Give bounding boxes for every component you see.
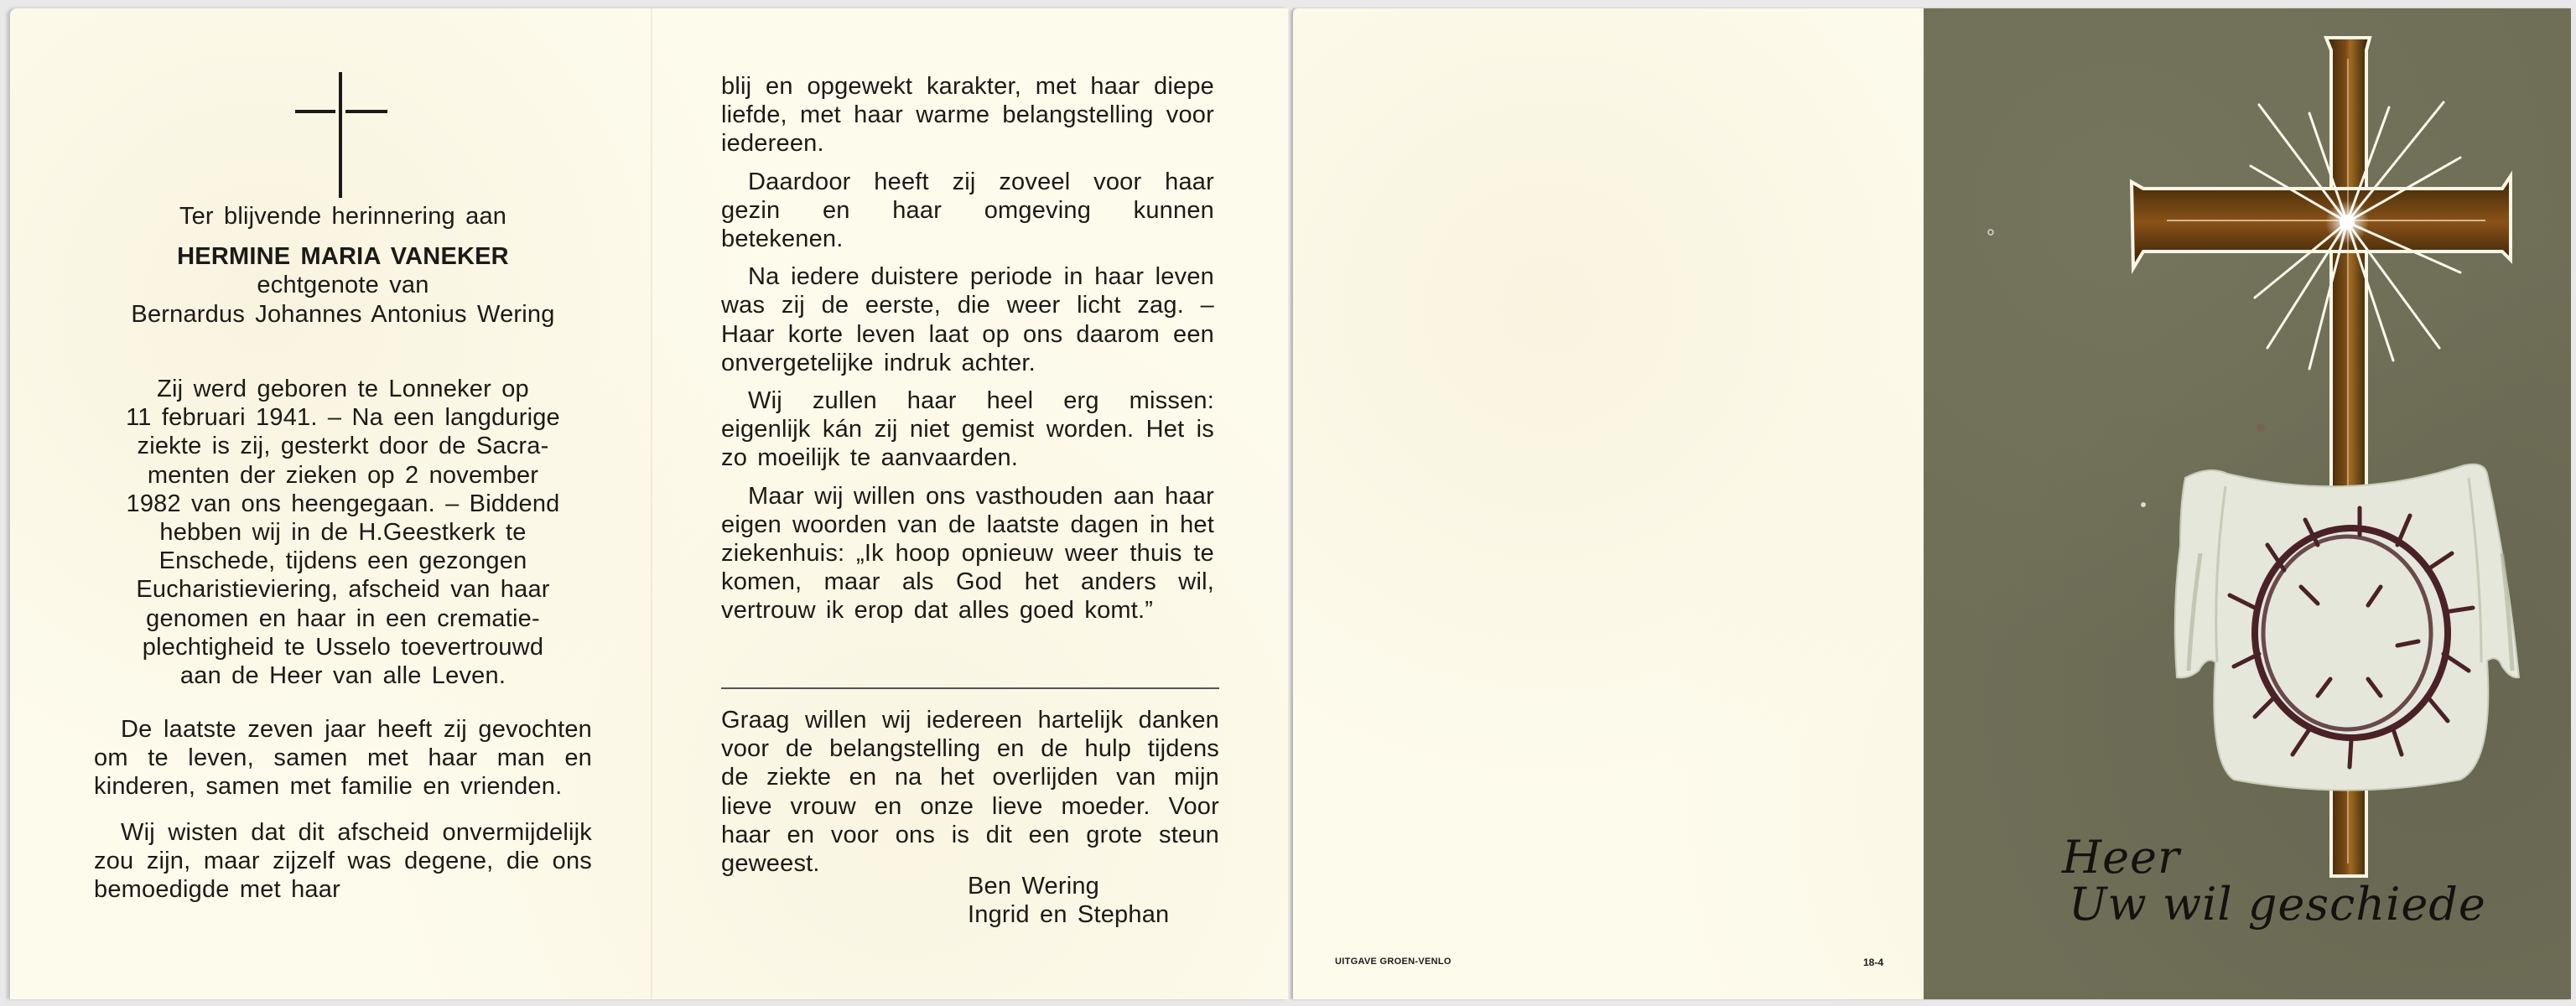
remembrance-paragraph-4: Wij zullen haar heel erg missen: eigenli…: [721, 386, 1214, 473]
signature-1: Ben Wering: [968, 872, 1169, 900]
obituary-line: 11 februari 1941. – Na een langdurige: [94, 403, 592, 432]
reference-number: 18-4: [1863, 957, 1883, 968]
obituary-line: Eucharistieviering, afscheid van haar: [94, 575, 592, 604]
relation-text: echtgenote van: [94, 271, 592, 299]
remembrance-paragraph-1: blij en opgewekt karakter, met haar diep…: [721, 72, 1214, 158]
obituary-line: menten der zieken op 2 november: [94, 461, 592, 490]
obituary-line: plechtigheid te Usselo toevertrouwd: [94, 633, 592, 661]
signature-2: Ingrid en Stephan: [968, 900, 1169, 929]
remembrance-body: blij en opgewekt karakter, met haar diep…: [721, 72, 1214, 625]
thanks-paragraph: Graag willen wij iedereen hartelijk dank…: [721, 706, 1219, 878]
obituary-line: Zij werd geboren te Lonneker op: [94, 375, 592, 403]
deceased-name: HERMINE MARIA VANEKER: [94, 242, 592, 271]
divider: [721, 687, 1219, 689]
obituary-paragraph-3: Wij wisten dat dit afscheid onvermijdeli…: [94, 818, 592, 905]
obituary-line: aan de Heer van alle Leven.: [94, 661, 592, 690]
memorial-card-outside: UITGAVE GROEN-VENLO 18-4: [1293, 8, 2571, 999]
motto-line-1: Heer: [2062, 834, 2486, 881]
publisher-imprint: UITGAVE GROEN-VENLO: [1335, 957, 1452, 967]
remembrance-paragraph-3: Na iedere duistere periode in haar leven…: [721, 262, 1214, 377]
memorial-card-inside: Ter blijvende herinnering aan HERMINE MA…: [10, 8, 1288, 999]
obituary-line: genomen en haar in een crematie-: [94, 604, 592, 633]
obituary-line: ziekte is zij, gesterkt door de Sacra-: [94, 432, 592, 460]
obituary-line: 1982 van ons heengegaan. – Biddend: [94, 490, 592, 518]
shroud-cloth: [2175, 464, 2519, 791]
spouse-name: Bernardus Johannes Antonius Wering: [94, 300, 592, 329]
remembrance-paragraph-5: Maar wij willen ons vasthouden aan haar …: [721, 482, 1214, 625]
motto-text: Heer Uw wil geschiede: [2054, 834, 2486, 928]
panel-back: UITGAVE GROEN-VENLO 18-4: [1293, 8, 1924, 999]
intro-text: Ter blijvende herinnering aan: [94, 202, 592, 231]
obituary-body: De laatste zeven jaar heeft zij gevochte…: [94, 715, 592, 904]
obituary-header: Ter blijvende herinnering aan HERMINE MA…: [94, 202, 592, 329]
obituary-paragraph-2: De laatste zeven jaar heeft zij gevochte…: [94, 715, 592, 801]
obituary-line: hebben wij in de H.Geestkerk te: [94, 518, 592, 547]
obituary-paragraph-1: Zij werd geboren te Lonneker op11 februa…: [94, 375, 592, 690]
remembrance-paragraph-2: Daardoor heeft zij zoveel voor haar gezi…: [721, 168, 1214, 254]
panel-cover: Heer Uw wil geschiede: [1924, 8, 2571, 999]
panel-obituary: Ter blijvende herinnering aan HERMINE MA…: [10, 8, 651, 999]
signatures: Ben Wering Ingrid en Stephan: [968, 872, 1169, 929]
panel-remembrance: blij en opgewekt karakter, met haar diep…: [652, 8, 1288, 999]
motto-line-2: Uw wil geschiede: [2069, 881, 2486, 928]
obituary-line: Enschede, tijdens een gezongen: [94, 547, 592, 575]
cross-icon: [295, 72, 387, 198]
thanks-text: Graag willen wij iedereen hartelijk dank…: [721, 706, 1219, 878]
